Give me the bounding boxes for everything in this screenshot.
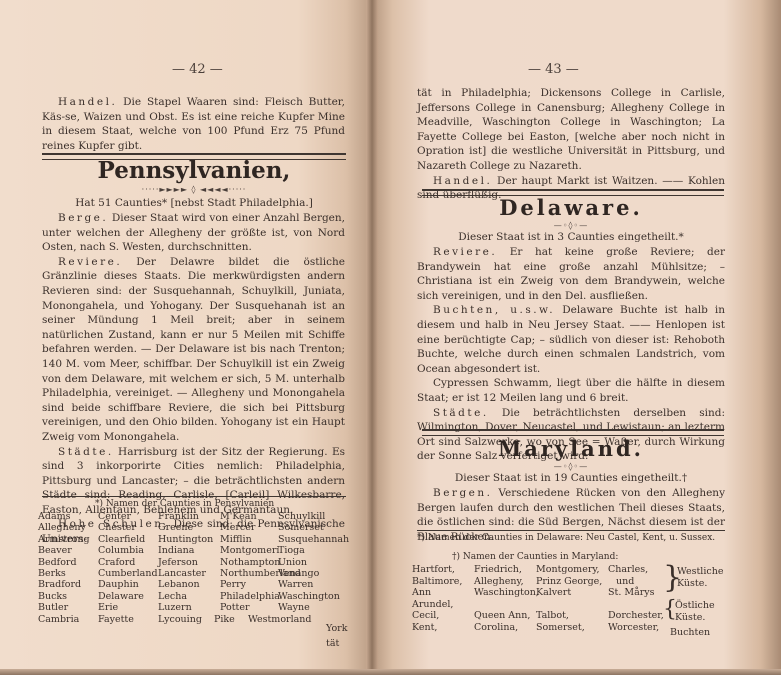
section-title-maryland: Maryland. <box>417 436 725 461</box>
table-row: AdamsCenterFranklinM'KeanSchuylkill <box>38 511 349 522</box>
york-county: York <box>326 623 347 635</box>
footnote-title-md: †) Namen der Caunties in Maryland: <box>452 552 618 562</box>
catchword-right: Buchten <box>670 627 710 639</box>
paragraph-berge: Berge. Dieser Staat wird von einer Anzah… <box>42 211 345 255</box>
paragraph-reviere: Reviere. Er hat keine große Reviere; der… <box>417 245 725 303</box>
table-row: ArmstrongClearfieldHuntingtonMifflinSusq… <box>38 534 349 545</box>
handel-paragraph: Handel. Die Stapel Waaren sind: Fleisch … <box>42 95 345 153</box>
book-bottom-edge <box>0 669 781 675</box>
section-rule <box>422 429 724 436</box>
section-title-pennsylvanien: Pennsylvanien, <box>42 157 346 184</box>
table-row: BradfordDauphinLebanonPerryWarren <box>38 579 349 590</box>
table-row: Ann Arundel,Waschington,KalvertSt. Mårys <box>412 587 664 610</box>
paragraph-cypressen: Cypressen Schwamm, liegt über die hälfte… <box>417 376 725 405</box>
paragraph-reviere: Reviere. Der Delawre bildet die östliche… <box>42 255 345 445</box>
pa-counties-table: AdamsCenterFranklinM'KeanSchuylkill Alle… <box>38 511 349 625</box>
footnote-title-pa: *) Namen der Caunties in Pensylvanien <box>95 499 274 509</box>
east-coast-label-2: Küste. <box>675 612 705 624</box>
page-number-42: — 42 — <box>172 62 223 77</box>
table-row: Hartfort,Friedrich,Montgomery,Charles, <box>412 564 664 576</box>
table-row: ButlerErieLuzernPotterWayne <box>38 602 349 613</box>
left-page: — 42 — Handel. Die Stapel Waaren sind: F… <box>0 0 372 675</box>
footnote-rule <box>42 496 346 497</box>
maryland-subhead: Dieser Staat ist in 19 Caunties eingethe… <box>417 472 725 484</box>
university-continuation: tät in Philadelphia; Dickensons College … <box>417 86 725 203</box>
table-row: BerksCumberlandLancasterNorthumberlandVe… <box>38 568 349 579</box>
keyword-handel: Handel. <box>58 96 117 108</box>
page-number-43: — 43 — <box>528 62 579 77</box>
table-row: Baltimore,Allegheny,Prinz George,und <box>412 576 664 588</box>
open-book-spread: — 42 — Handel. Die Stapel Waaren sind: F… <box>0 0 781 675</box>
table-row: BeaverColumbiaIndianaMontgomeriTioga <box>38 545 349 556</box>
table-row: BedfordCrafordJefersonNothamptonUnion <box>38 557 349 568</box>
catchword-left: tät <box>326 638 339 650</box>
ornament-divider: ·····►►►► ◊ ◄◄◄◄····· <box>42 185 346 194</box>
west-coast-label-2: Küste. <box>677 578 707 590</box>
paragraph-buchten: Buchten, u.s.w. Delaware Buchte ist halb… <box>417 303 725 376</box>
md-counties-table: Hartfort,Friedrich,Montgomery,Charles, B… <box>412 564 664 634</box>
table-row: CambriaFayetteLycouingPikeWestmorland <box>38 614 349 625</box>
right-page: — 43 — tät in Philadelphia; Dickensons C… <box>372 0 781 675</box>
ornament-divider: —◦◊◦— <box>417 221 725 230</box>
ornament-divider: —◦◊◦— <box>417 462 725 471</box>
table-row: Cecil,Queen Ann,Talbot,Dorchester, <box>412 610 664 622</box>
book-gutter <box>366 0 378 675</box>
table-row: AlleghenyChesterGreeneMercerSomerset <box>38 522 349 533</box>
east-coast-label-1: Östliche <box>675 600 715 612</box>
footnote-rule <box>417 530 725 531</box>
footnote-delaware: *) Namen der Caunties in Delaware: Neu C… <box>417 533 715 543</box>
pennsylvanien-subhead: Hat 51 Caunties* [nebst Stadt Philadelph… <box>42 197 346 209</box>
west-coast-label-1: Westliche <box>677 566 723 578</box>
table-row: BucksDelawareLechaPhiladelphiaWaschingto… <box>38 591 349 602</box>
section-title-delaware: Delaware. <box>417 195 725 220</box>
delaware-subhead: Dieser Staat ist in 3 Caunties eingethei… <box>417 231 725 243</box>
table-row: Kent,Corolina,Somerset,Worcester, <box>412 622 664 634</box>
